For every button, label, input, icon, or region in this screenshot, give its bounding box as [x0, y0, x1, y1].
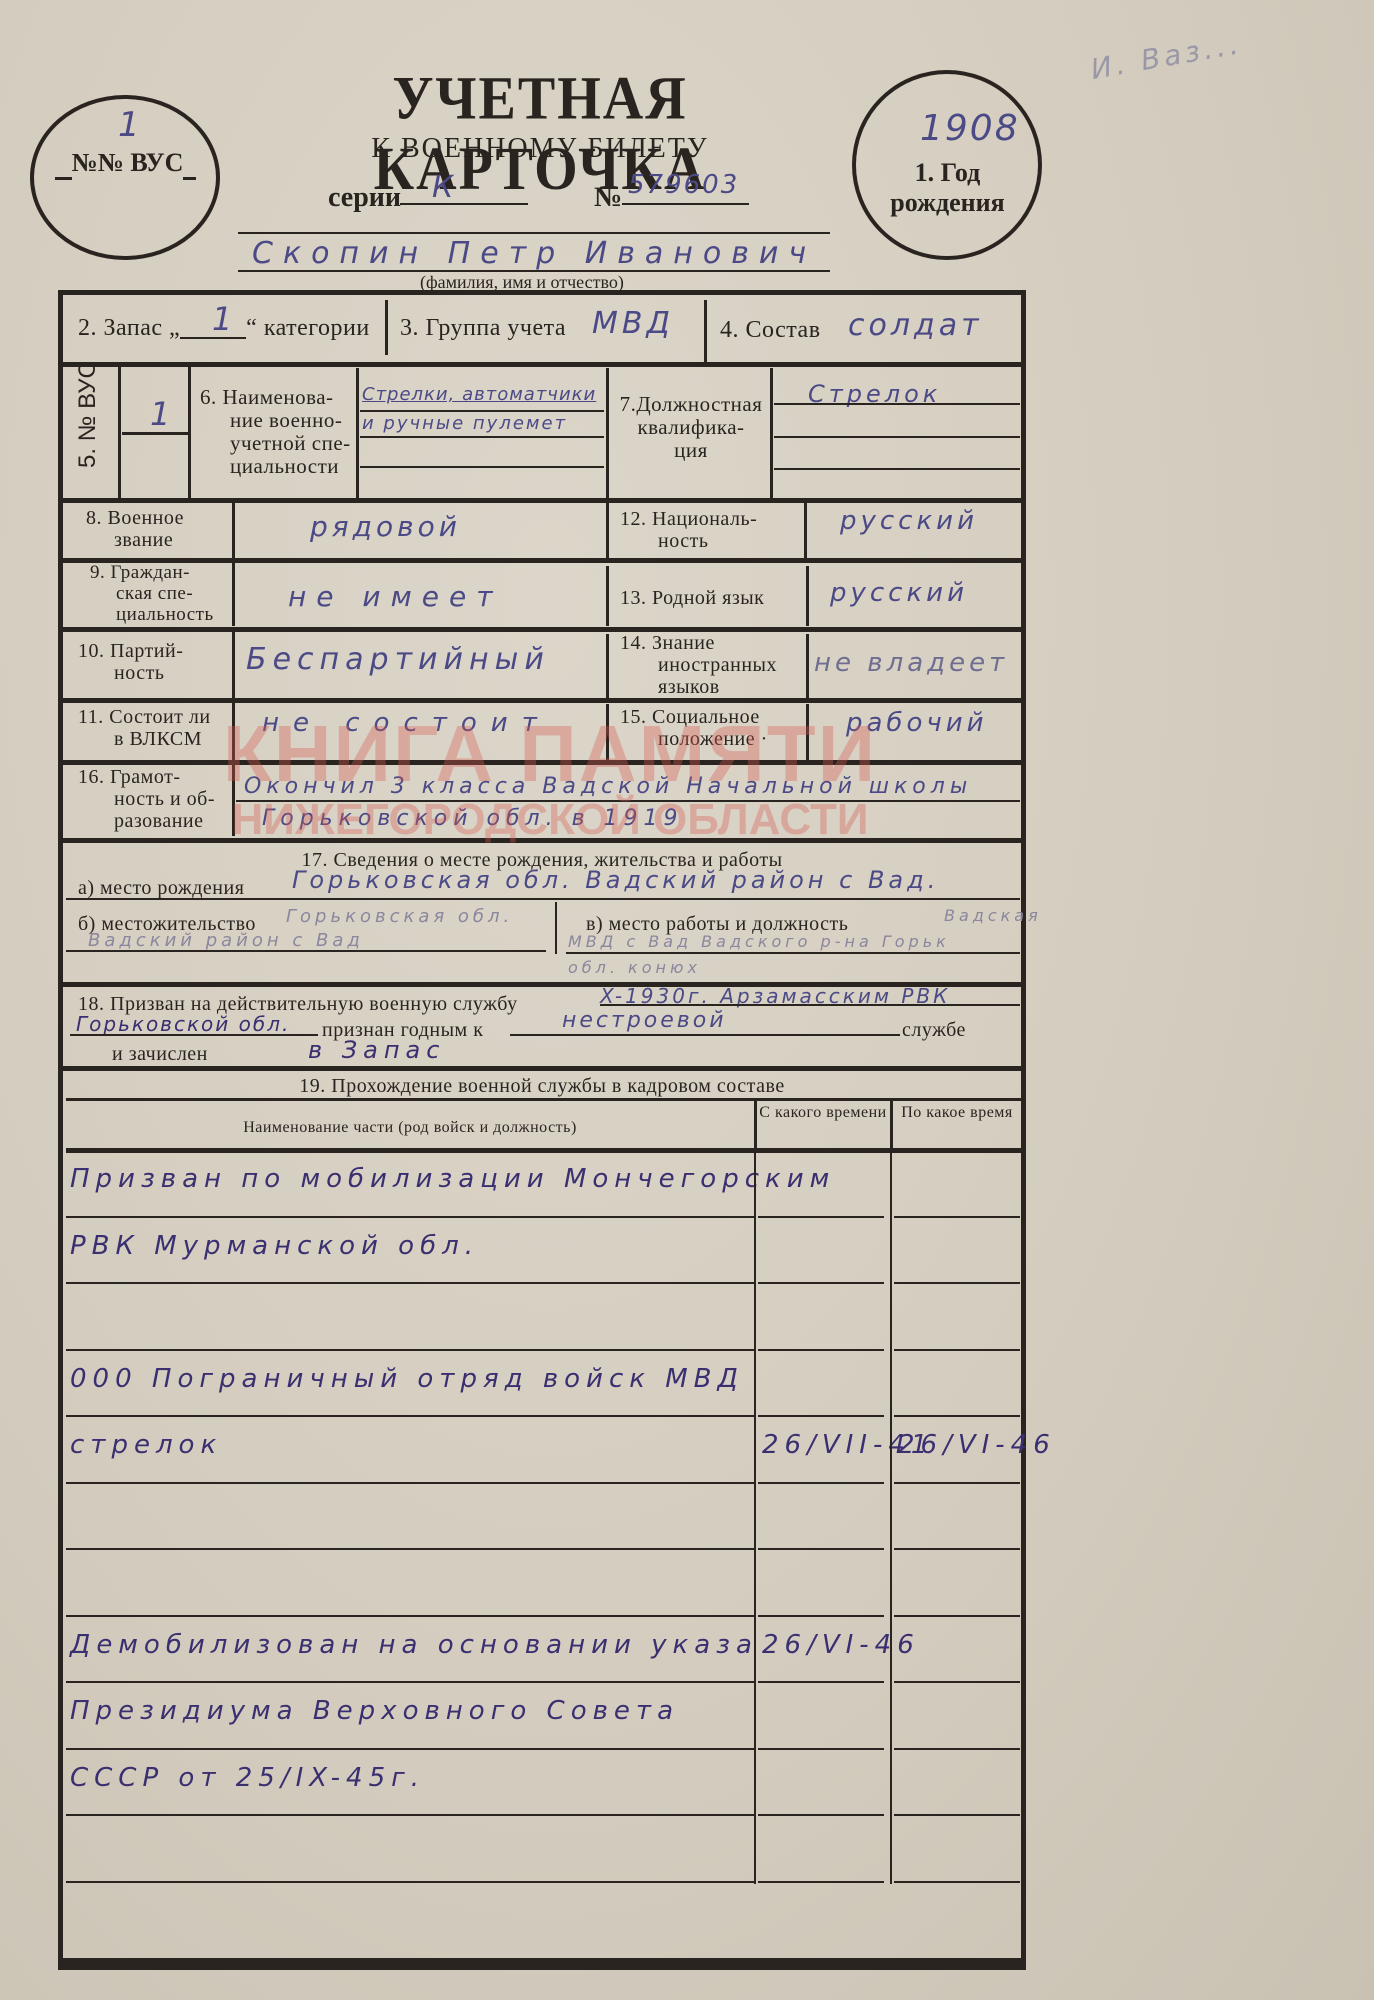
specialty-label: 6. Наименова- ние военно- учетной спе- ц…: [200, 386, 351, 478]
unit-cell: РВК Мурманской обл.: [70, 1231, 758, 1261]
watermark-line2: НИЖЕГОРОДСКОЙ ОБЛАСТИ: [200, 795, 900, 845]
reserve-value: 1: [212, 300, 236, 338]
unit-cell: Президиума Верховного Совета: [70, 1696, 758, 1726]
unit-cell: Демобилизован на основании указа: [70, 1630, 758, 1660]
native-language-value: русский: [830, 578, 968, 608]
qualification-label: 7.Должностная квалифика- ция: [612, 393, 770, 462]
nationality-value: русский: [840, 506, 978, 536]
number-label: №: [594, 182, 622, 214]
residence-value-line2: Вадский район с Вад: [88, 930, 364, 951]
unit-cell: 000 Пограничный отряд войск МВД: [70, 1364, 758, 1394]
native-language-label: 13. Родной язык: [620, 584, 764, 612]
unit-cell: СССР от 25/IX-45г.: [70, 1763, 758, 1793]
enrolled-label: и зачислен: [112, 1040, 208, 1068]
vus-circle-value: 1: [118, 105, 144, 145]
enrolled-value: в Запас: [308, 1036, 445, 1064]
komsomol-label: 11. Состоит ли в ВЛКСМ: [78, 706, 211, 750]
foreign-languages-value: не владеет: [814, 648, 1008, 678]
column-header-unit: Наименование части (род войск и должност…: [66, 1114, 754, 1142]
vus-number-value: 1: [150, 395, 174, 433]
residence-value-line1: Горьковская обл.: [286, 906, 513, 927]
section19-title: 19. Прохождение военной службы в кадрово…: [62, 1072, 1022, 1100]
from-cell: 26/VII-41: [762, 1430, 892, 1460]
series-label: серии: [328, 182, 401, 214]
birth-year-label: 1. Год рождения: [865, 158, 1030, 218]
specialty-value-line2: и ручные пулемет: [362, 413, 567, 434]
service-label: службе: [902, 1016, 966, 1044]
birthplace-value: Горьковская обл. Вадский район с Вад.: [292, 866, 939, 894]
section18-region-value: Горьковской обл.: [76, 1012, 290, 1036]
foreign-languages-label: 14. Знание иностранных языков: [620, 632, 777, 698]
party-value: Беспартийный: [246, 642, 550, 677]
rank-value: рядовой: [310, 510, 461, 543]
watermark-line1: КНИГА ПАМЯТИ: [200, 708, 900, 800]
specialty-value-line1: Стрелки, автоматчики: [362, 384, 596, 405]
work-value-line2: МВД с Вад Вадского р-на Горьк: [568, 932, 950, 951]
composition-label: 4. Состав: [720, 316, 821, 344]
to-cell: 26/VI-46: [898, 1430, 1024, 1460]
composition-value: солдат: [848, 308, 983, 343]
fit-value: нестроевой: [562, 1008, 727, 1033]
account-group-value: МВД: [592, 306, 674, 341]
unit-cell: Призван по мобилизации Мончегорским: [70, 1164, 758, 1194]
document-page: И. Ваз... 1 №№ ВУС 1908 1. Год рождения …: [0, 0, 1374, 2000]
civil-specialty-label: 9. Граждан- ская спе- циальность: [90, 562, 214, 625]
number-value: 579603: [628, 170, 739, 200]
nationality-label: 12. Националь- ность: [620, 508, 757, 552]
civil-specialty-value: не имеет: [288, 580, 503, 613]
party-label: 10. Партий- ность: [78, 640, 183, 684]
column-header-from: С какого времени: [758, 1104, 888, 1122]
vus-circle-label: №№ ВУС: [48, 148, 203, 178]
from-cell: 26/VI-46: [762, 1630, 892, 1660]
unit-cell: стрелок: [70, 1430, 758, 1460]
account-group-label: 3. Группа учета: [400, 314, 566, 342]
work-value-line3: обл. конюх: [568, 958, 701, 977]
vus-number-label: 5. № ВУС: [74, 338, 102, 468]
column-header-to: По какое время: [894, 1104, 1020, 1122]
work-value-line1: Вадская: [944, 906, 1042, 925]
series-value: К: [432, 170, 457, 205]
page-subtitle: К ВОЕННОМУ БИЛЕТУ: [320, 133, 760, 165]
top-right-pencil-note: И. Ваз...: [1088, 27, 1244, 86]
rank-label: 8. Военное звание: [86, 507, 184, 551]
education-label: 16. Грамот- ность и об- разование: [78, 766, 215, 832]
birth-year-value: 1908: [920, 108, 1020, 149]
full-name-value: Скопин Петр Иванович: [252, 236, 816, 271]
